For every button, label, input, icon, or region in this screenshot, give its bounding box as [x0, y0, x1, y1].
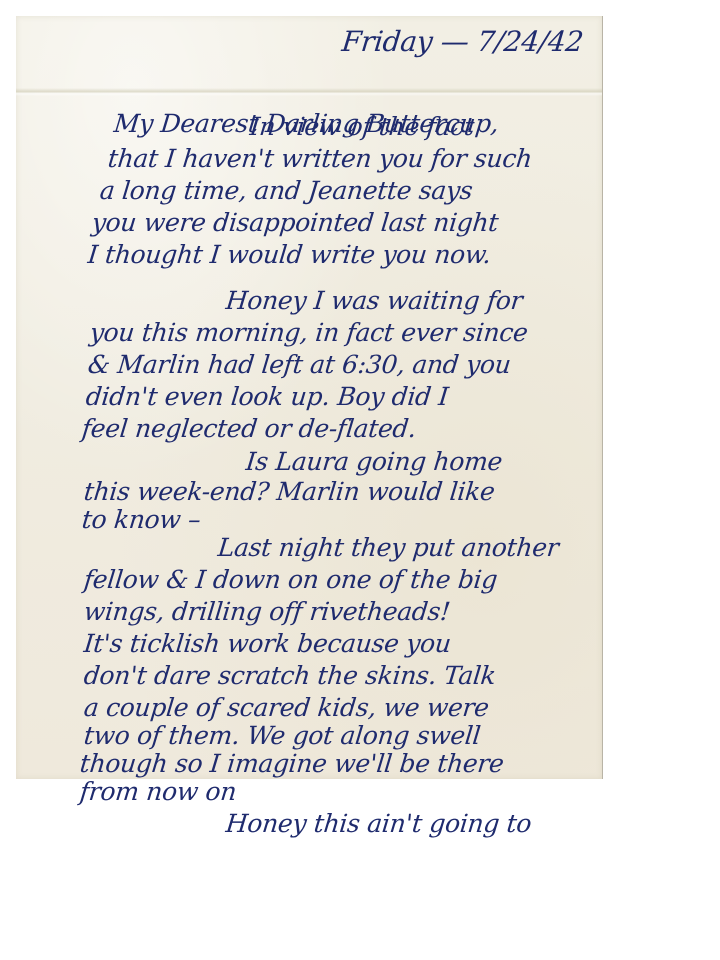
letter-line: Honey I was waiting for — [224, 285, 524, 316]
paper-fold-crease — [16, 88, 602, 96]
letter-line: fellow & I down on one of the big — [82, 564, 498, 595]
letter-paper: Friday — 7/24/42 My Dearest Darling Butt… — [16, 16, 603, 779]
letter-line: that I haven't written you for such — [106, 143, 533, 174]
letter-line: from now on — [78, 776, 238, 807]
letter-line: In view of the fact — [248, 111, 475, 142]
letter-line: It's ticklish work because you — [82, 628, 452, 659]
letter-line: to know – — [80, 504, 202, 535]
letter-line: Honey this ain't going to — [224, 808, 533, 839]
letter-line: this week-end? Marlin would like — [82, 476, 496, 507]
letter-scan-page: Friday — 7/24/42 My Dearest Darling Butt… — [0, 0, 720, 960]
letter-line: I thought I would write you now. — [86, 239, 492, 270]
letter-line: though so I imagine we'll be there — [78, 748, 505, 779]
letter-line: didn't even look up. Boy did I — [84, 381, 450, 412]
letter-line: two of them. We got along swell — [82, 720, 482, 751]
letter-line: don't dare scratch the skins. Talk — [82, 660, 497, 691]
letter-line: you were disappointed last night — [90, 207, 499, 238]
letter-line: wings, drilling off rivetheads! — [82, 596, 451, 627]
letter-date: Friday — 7/24/42 — [340, 26, 584, 57]
letter-line: a long time, and Jeanette says — [98, 175, 474, 206]
letter-line: you this morning, in fact ever since — [88, 317, 529, 348]
letter-line: & Marlin had left at 6:30, and you — [86, 349, 512, 380]
letter-line: Is Laura going home — [244, 446, 503, 477]
letter-line: a couple of scared kids, we were — [82, 692, 490, 723]
letter-line: feel neglected or de-flated. — [80, 413, 417, 444]
letter-line: Last night they put another — [216, 532, 560, 563]
